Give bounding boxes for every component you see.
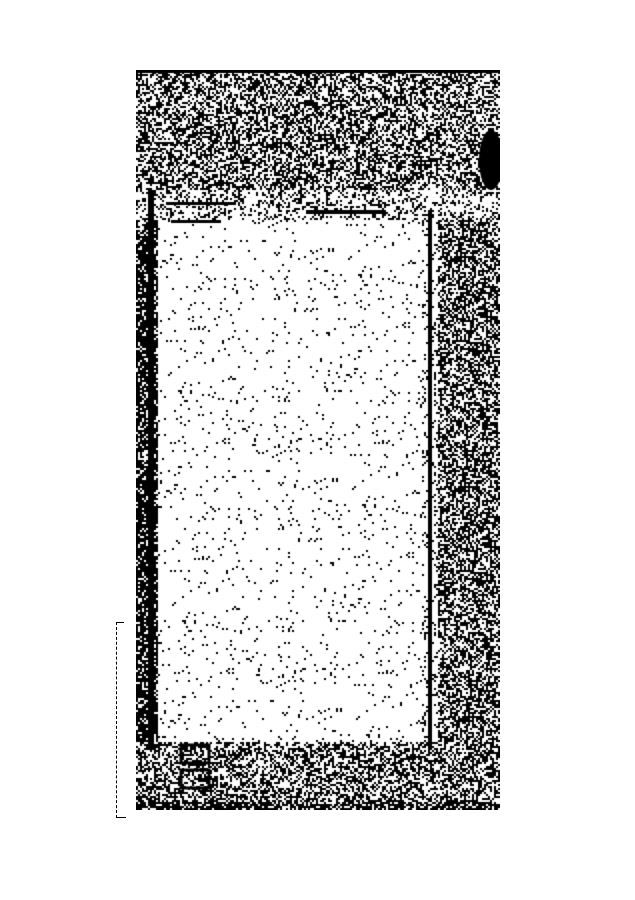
margin-bracket — [116, 622, 131, 818]
scan-image — [136, 70, 500, 810]
scanned-page — [136, 70, 500, 810]
